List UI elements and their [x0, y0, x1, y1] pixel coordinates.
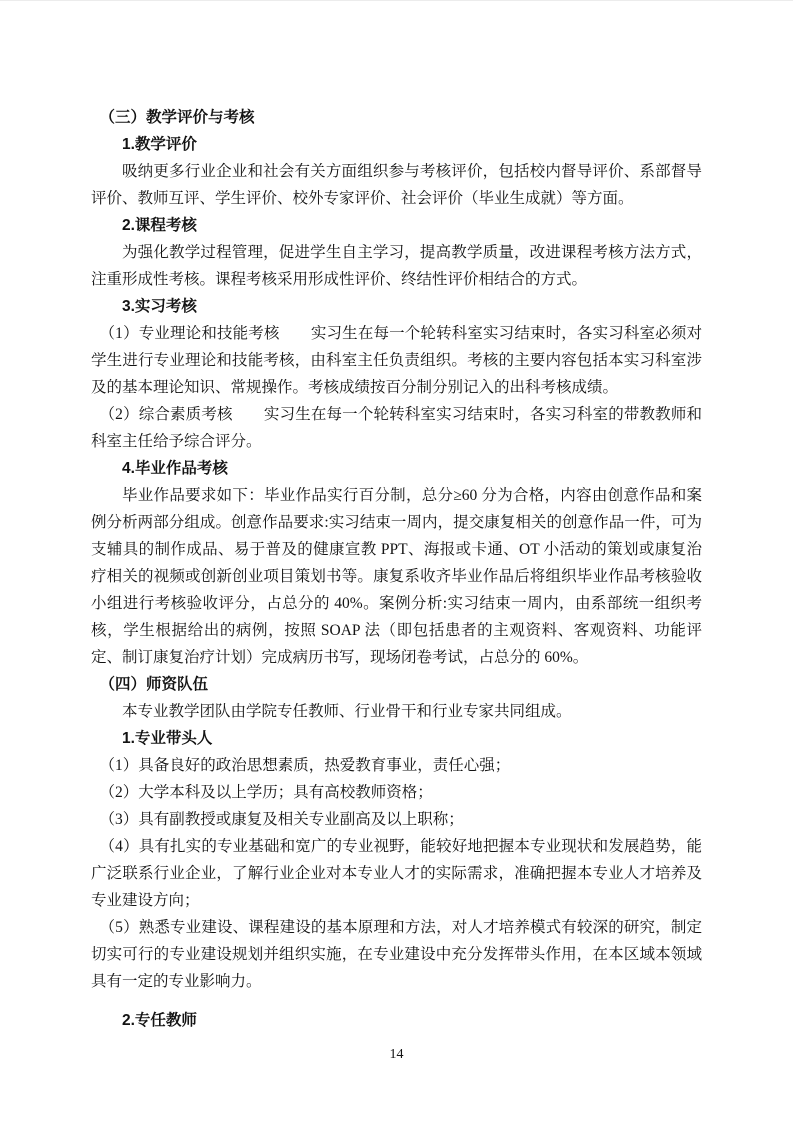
paragraph-list-item: （1）具备良好的政治思想素质，热爱教育事业，责任心强；: [91, 752, 702, 779]
paragraph-list-item: （2）综合素质考核 实习生在每一个轮转科室实习结束时，各实习科室的带教教师和科室…: [91, 401, 702, 455]
document-body: （三）教学评价与考核 1.教学评价 吸纳更多行业企业和社会有关方面组织参与考核评…: [91, 104, 702, 1034]
paragraph-list-item: （2）大学本科及以上学历；具有高校教师资格；: [91, 779, 702, 806]
paragraph: 本专业教学团队由学院专任教师、行业骨干和行业专家共同组成。: [91, 698, 702, 725]
sub-heading-teaching-evaluation: 1.教学评价: [91, 131, 702, 158]
section-heading-faculty: （四）师资队伍: [91, 671, 702, 698]
sub-heading-fulltime-teachers: 2.专任教师: [91, 1007, 702, 1034]
paragraph-list-item: （5）熟悉专业建设、课程建设的基本原理和方法，对人才培养模式有较深的研究，制定切…: [91, 914, 702, 995]
paragraph-list-item: （4）具有扎实的专业基础和宽广的专业视野，能较好地把握本专业现状和发展趋势，能广…: [91, 833, 702, 914]
paragraph-list-item: （3）具有副教授或康复及相关专业副高及以上职称；: [91, 806, 702, 833]
sub-heading-course-assessment: 2.课程考核: [91, 212, 702, 239]
sub-heading-internship-assessment: 3.实习考核: [91, 293, 702, 320]
paragraph: 毕业作品要求如下：毕业作品实行百分制，总分≥60 分为合格，内容由创意作品和案例…: [91, 482, 702, 671]
paragraph: 吸纳更多行业企业和社会有关方面组织参与考核评价，包括校内督导评价、系部督导评价、…: [91, 158, 702, 212]
sub-heading-program-leader: 1.专业带头人: [91, 725, 702, 752]
paragraph-list-item: （1）专业理论和技能考核 实习生在每一个轮转科室实习结束时，各实习科室必须对学生…: [91, 320, 702, 401]
section-heading-evaluation: （三）教学评价与考核: [91, 104, 702, 131]
page-number: 14: [0, 1047, 793, 1063]
paragraph: 为强化教学过程管理，促进学生自主学习，提高教学质量，改进课程考核方法方式，注重形…: [91, 239, 702, 293]
document-page: （三）教学评价与考核 1.教学评价 吸纳更多行业企业和社会有关方面组织参与考核评…: [0, 0, 793, 1123]
sub-heading-graduation-work-assessment: 4.毕业作品考核: [91, 455, 702, 482]
